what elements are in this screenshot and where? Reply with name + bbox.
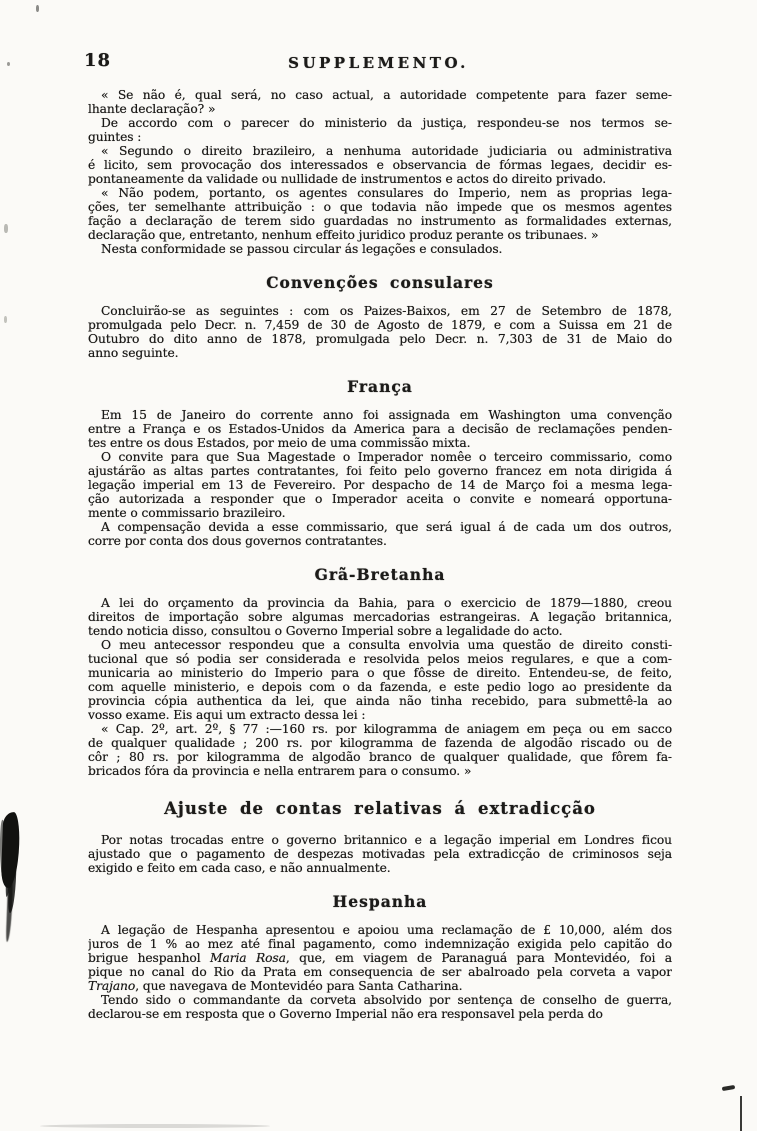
text-line: « Segundo o direito brazileiro, a nenhum…: [88, 144, 672, 158]
text-line: entre a França e os Estados-Unidos da Am…: [88, 422, 672, 436]
paragraph: Nesta conformidade se passou circular ás…: [88, 242, 672, 256]
text-line: pontaneamente da validade ou nullidade d…: [88, 172, 672, 186]
paragraph: « Segundo o direito brazileiro, a nenhum…: [88, 144, 672, 186]
text-line: lhante declaração? »: [88, 102, 672, 116]
page-header-title: SUPPLEMENTO.: [0, 54, 757, 72]
speck-artifact: [4, 224, 8, 233]
text-line: ção autorizada a responder que o Imperad…: [88, 492, 672, 506]
text-line: Nesta conformidade se passou circular ás…: [88, 242, 672, 256]
text-line: juros de 1 % ao mez até final pagamento,…: [88, 937, 672, 951]
text-line: provincia cópia authentica da lei, que a…: [88, 694, 672, 708]
edge-dash-artifact: [722, 1085, 735, 1091]
text-line: municaria ao ministerio do Imperio para …: [88, 666, 672, 680]
section-heading: França: [88, 378, 672, 396]
text-line: vosso exame. Eis aqui um extracto dessa …: [88, 708, 672, 722]
paragraph: A legação de Hespanha apresentou e apoio…: [88, 923, 672, 993]
text-line: De accordo com o parecer do ministerio d…: [88, 116, 672, 130]
smudge-artifact: [40, 1124, 270, 1128]
text-line: Concluirão-se as seguintes : com os Paiz…: [88, 304, 672, 318]
text-line: fação a declaração de terem sido guardad…: [88, 214, 672, 228]
text-line: corre por conta dos dous governos contra…: [88, 534, 672, 548]
italic-text: Maria Rosa: [210, 951, 286, 965]
text-line: pique no canal do Rio da Prata em conseq…: [88, 965, 672, 979]
text-line: côr ; 80 rs. por kilogramma de algodão b…: [88, 750, 672, 764]
text-line: tendo noticia disso, consultou o Governo…: [88, 624, 672, 638]
content-column: « Se não é, qual será, no caso actual, a…: [88, 88, 672, 1021]
text-line: declarou-se em resposta que o Governo Im…: [88, 1007, 672, 1021]
section-heading: Ajuste de contas relativas á extradicção: [88, 800, 672, 818]
speck-artifact: [7, 62, 10, 66]
text-line: brigue hespanhol Maria Rosa, que, em via…: [88, 951, 672, 965]
speck-artifact: [36, 5, 39, 12]
speck-artifact: [4, 316, 7, 323]
paragraph: Por notas trocadas entre o governo brita…: [88, 833, 672, 875]
section-heading: Hespanha: [88, 893, 672, 911]
text-line: Por notas trocadas entre o governo brita…: [88, 833, 672, 847]
text-line: Outubro do dito anno de 1878, promulgada…: [88, 332, 672, 346]
paragraph: « Se não é, qual será, no caso actual, a…: [88, 88, 672, 116]
text-line: « Cap. 2º, art. 2º, § 77 :—160 rs. por k…: [88, 722, 672, 736]
text-line: tes entre os dous Estados, por meio de u…: [88, 436, 672, 450]
text-line: A lei do orçamento da provincia da Bahia…: [88, 596, 672, 610]
text-line: legação imperial em 13 de Fevereiro. Por…: [88, 478, 672, 492]
text-line: ajustado que o pagamento de despezas mot…: [88, 847, 672, 861]
document-page: 18 SUPPLEMENTO. « Se não é, qual será, n…: [0, 0, 757, 1131]
text-line: guintes :: [88, 130, 672, 144]
text-line: A legação de Hespanha apresentou e apoio…: [88, 923, 672, 937]
paragraph: « Não podem, portanto, os agentes consul…: [88, 186, 672, 242]
text-line: Trajano, que navegava de Montevidéo para…: [88, 979, 672, 993]
text-line: declaração que, entretanto, nenhum effei…: [88, 228, 672, 242]
paragraph: A lei do orçamento da provincia da Bahia…: [88, 596, 672, 638]
paragraph: Concluirão-se as seguintes : com os Paiz…: [88, 304, 672, 360]
ink-blot-artifact: [1, 812, 21, 889]
section-heading: Convenções consulares: [88, 274, 672, 292]
text-line: direitos de importação sobre algumas mer…: [88, 610, 672, 624]
text-line: mente o commissario brazileiro.: [88, 506, 672, 520]
paragraph: Tendo sido o commandante da corveta abso…: [88, 993, 672, 1021]
text-line: ajustárão as altas partes contratantes, …: [88, 464, 672, 478]
text-line: exigido e feito em cada caso, e não annu…: [88, 861, 672, 875]
paragraph: O meu antecessor respondeu que a consult…: [88, 638, 672, 722]
paragraph: O convite para que Sua Magestade o Imper…: [88, 450, 672, 520]
paragraph: Em 15 de Janeiro do corrente anno foi as…: [88, 408, 672, 450]
text-line: « Se não é, qual será, no caso actual, a…: [88, 88, 672, 102]
paragraph: « Cap. 2º, art. 2º, § 77 :—160 rs. por k…: [88, 722, 672, 778]
paragraph: De accordo com o parecer do ministerio d…: [88, 116, 672, 144]
text-line: ções, ter semelhante attribuição : o que…: [88, 200, 672, 214]
text-line: tucional que só podia ser considerada e …: [88, 652, 672, 666]
paragraph: A compensação devida a esse commissario,…: [88, 520, 672, 548]
text-line: de qualquer qualidade ; 200 rs. por kilo…: [88, 736, 672, 750]
text-line: bricados fóra da provincia e nella entra…: [88, 764, 672, 778]
text-line: O convite para que Sua Magestade o Imper…: [88, 450, 672, 464]
section-heading: Grã-Bretanha: [88, 566, 672, 584]
text-line: com aquelle ministerio, e depois com o d…: [88, 680, 672, 694]
text-line: Tendo sido o commandante da corveta abso…: [88, 993, 672, 1007]
edge-line-artifact: [740, 1096, 742, 1131]
italic-text: Trajano: [88, 979, 135, 993]
text-line: promulgada pelo Decr. n. 7,459 de 30 de …: [88, 318, 672, 332]
text-line: A compensação devida a esse commissario,…: [88, 520, 672, 534]
text-line: « Não podem, portanto, os agentes consul…: [88, 186, 672, 200]
text-line: O meu antecessor respondeu que a consult…: [88, 638, 672, 652]
text-line: Em 15 de Janeiro do corrente anno foi as…: [88, 408, 672, 422]
text-line: é licito, sem provocação dos interessado…: [88, 158, 672, 172]
text-line: anno seguinte.: [88, 346, 672, 360]
